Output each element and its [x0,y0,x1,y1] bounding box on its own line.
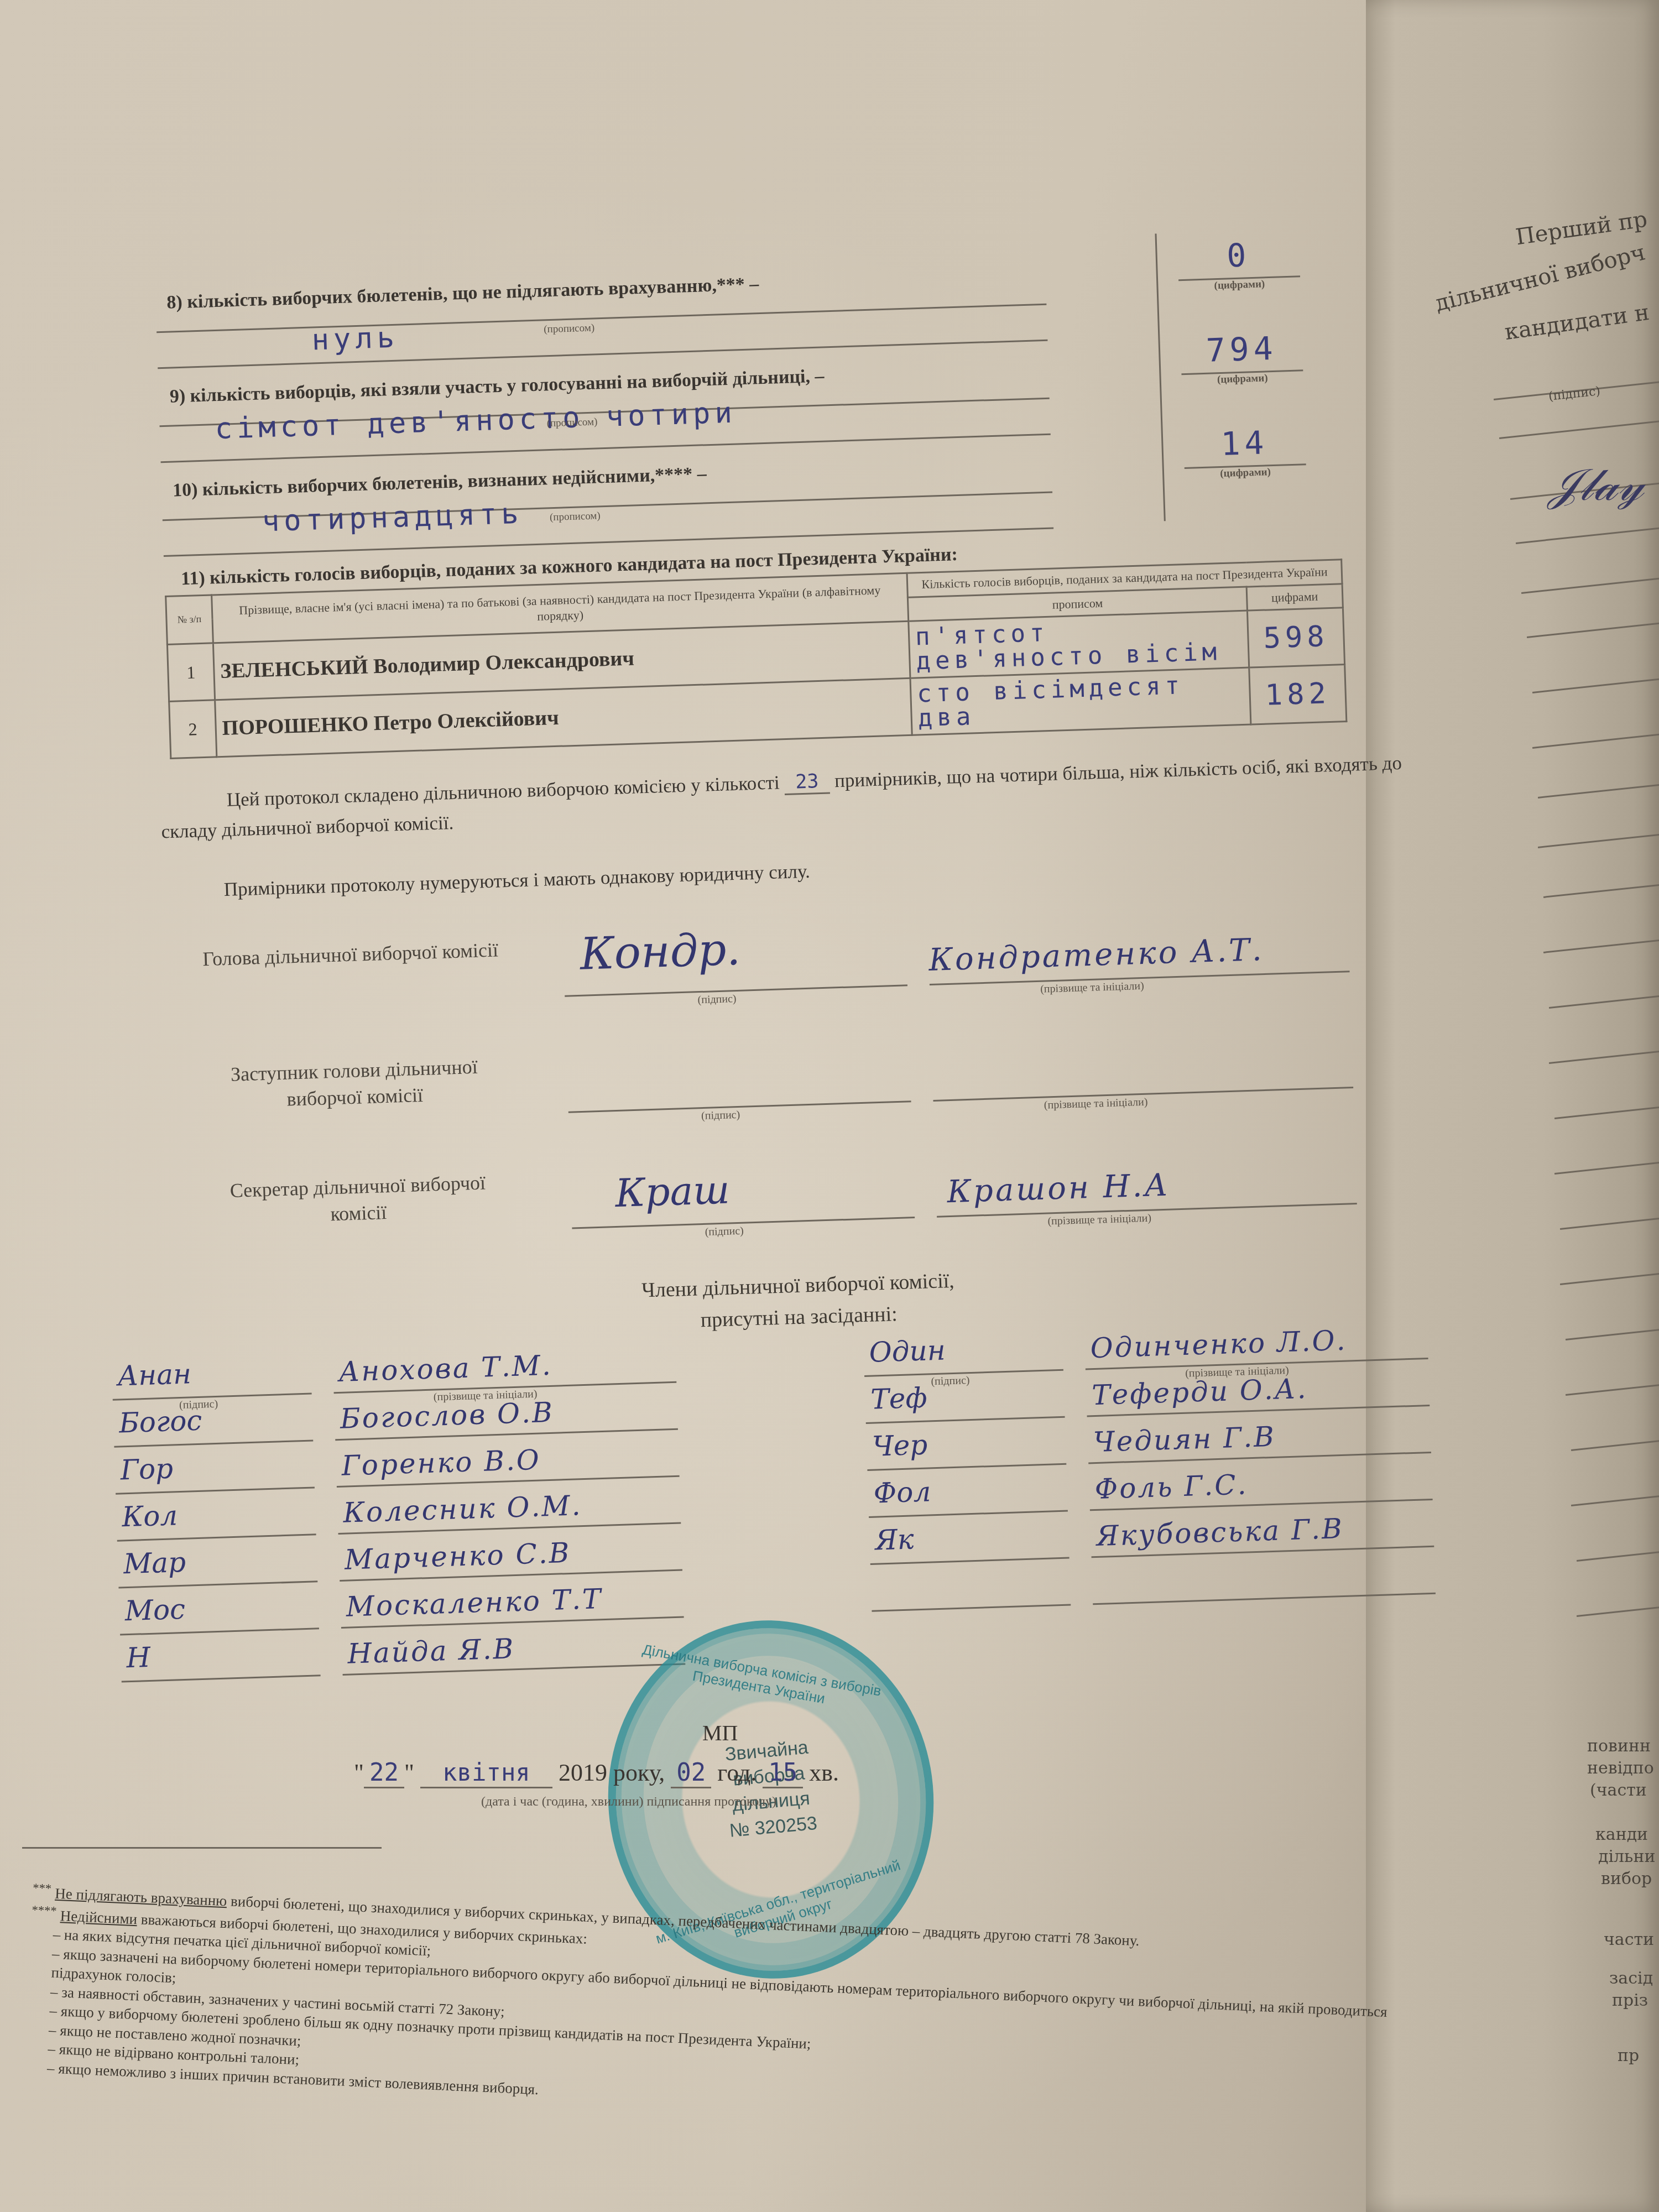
right-page-line [1499,414,1659,439]
member-name: Фоль Г.С. [1094,1468,1248,1505]
right-page-text: (части [1590,1781,1647,1800]
member-name: Якубовська Г.В [1095,1512,1344,1552]
right-page-signature: 𝒥𝓁𝒶𝓎 [1548,459,1644,511]
signature-caption: (підпис) [701,1109,740,1123]
signature-caption: (підпис) [705,1224,744,1238]
right-page-line [1532,669,1659,693]
field-10-label: 10) кількість виборчих бюлетенів, визнан… [173,463,707,501]
right-page-line [1543,928,1659,953]
right-page-line [1554,1150,1659,1175]
right-page-line [1566,1316,1659,1340]
name-caption: (прізвище та ініціали) [1044,1095,1148,1112]
member-signature: Чер [872,1428,928,1462]
official-role: Секретар дільничної виборчої комісії [205,1168,511,1232]
member-signature: Гор [120,1452,174,1486]
field-10-digits: 14 (цифрами) [1183,422,1306,481]
right-page-line [1560,1260,1659,1285]
member-signature: Фол [873,1475,931,1509]
field-label-text: кількість виборчих бюлетенів, що не підл… [187,274,759,312]
copies-text-before: Цей протокол складено дільничною виборчо… [226,772,780,811]
signature-line [869,1510,1068,1517]
member-signature: Кол [122,1499,178,1533]
date-day: 22 [364,1759,404,1788]
member-name: Москаленко Т.Т [346,1583,603,1623]
chair-signature: Кондр. [579,923,741,979]
words-caption: (прописом) [546,416,597,430]
right-page-text: части [1604,1930,1654,1949]
official-role: Заступник голови дільничної виборчої ком… [202,1052,508,1115]
right-page-text: вибор [1601,1869,1652,1888]
footnote-mark: *** [33,1881,52,1895]
member-name: Богослов О.В [340,1396,554,1434]
signature-caption: (підпис) [697,993,737,1006]
field-9-digits-value: 794 [1180,328,1303,371]
right-page-line [1554,1094,1659,1119]
field-10-words-value: чотирнадцять [262,497,523,539]
right-page-text: пр [1618,2046,1639,2065]
right-page-line [1538,774,1659,799]
digits-caption: (цифрами) [1217,372,1268,385]
candidate-given-name: Володимир Олександрович [373,647,635,679]
member-name: Анохова Т.М. [338,1349,552,1387]
candidate-number: 1 [167,643,215,702]
digits-caption: (цифрами) [1220,466,1271,479]
signature-line [870,1557,1070,1564]
field-label-text: кількість виборчих бюлетенів, визнаних н… [202,463,707,500]
words-caption: (прописом) [544,322,594,336]
candidate-surname: ПОРОШЕНКО [222,712,369,740]
right-page-text: дільни [1598,1847,1655,1866]
candidate-votes-words: п'ятсот дев'яносто вісім [909,611,1249,678]
right-page-line [1538,823,1659,848]
member-signature: Один [869,1334,946,1368]
date-hour: 02 [671,1759,711,1788]
right-page-text: невідпо [1587,1759,1654,1778]
right-page-sig-caption: (підпис) [1548,384,1601,404]
field-10-digits-value: 14 [1183,422,1306,465]
signing-date: "22" квітня 2019 року, 02 год. 15 хв. [354,1759,839,1787]
member-name: Колесник О.М. [342,1489,582,1529]
date-minute: 15 [763,1759,803,1788]
indent [160,806,227,808]
field-8-digits-value: 0 [1177,234,1300,277]
member-name: Горенко В.О [341,1443,541,1481]
right-page-line [1577,1537,1659,1562]
right-page-text: засід [1609,1969,1653,1988]
field-number: 8) [166,292,182,313]
right-page-line [1532,724,1659,749]
candidate-given-name: Петро Олексійович [373,706,559,735]
field-8-digits: 0 (цифрами) [1177,234,1301,293]
col-header-number: № з/п [166,595,213,645]
field-9-words-value: сімсот дев'яносто чотири [215,396,737,446]
member-name: Найда Я.В [347,1632,515,1670]
name-caption: (прізвище та ініціали) [1047,1212,1151,1228]
member-signature: Н [126,1641,151,1674]
candidates-table: № з/п Прізвище, власне ім'я (усі власні … [165,559,1347,759]
candidate-votes-words: сто вісімдесят два [910,667,1251,735]
date-year: 2019 року, [559,1759,665,1786]
footnote-separator [22,1847,382,1849]
date-month: квітня [420,1759,552,1788]
candidate-votes-digits: 182 [1249,665,1347,724]
member-signature: Теф [870,1381,928,1415]
candidate-surname: ЗЕЛЕНСЬКИЙ [220,655,369,683]
footnote-mark: **** [32,1903,57,1918]
right-page-line [1566,1371,1659,1396]
right-page-line [1516,519,1659,544]
hour-label: год. [717,1759,757,1786]
member-name: Чедиян Г.В [1093,1420,1276,1458]
stamp-center: Звичайна виборча дільниця № 320253 [611,1725,928,1854]
chair-name: Кондратенко А.Т. [928,932,1265,978]
right-page-line [1543,873,1659,898]
right-page-line [1549,984,1659,1009]
signature-line [872,1604,1071,1611]
words-caption: (прописом) [550,510,601,524]
candidate-number: 2 [169,700,217,759]
seal-label: МП [702,1720,738,1746]
right-page-line [1577,1592,1659,1617]
member-name: Теферди О.А. [1091,1373,1308,1411]
field-8-label: 8) кількість виборчих бюлетенів, що не п… [166,274,759,314]
name-line [1093,1592,1436,1604]
right-page-line [1521,569,1659,594]
secretary-signature: Краш [614,1167,731,1215]
right-page-text: пріз [1612,1991,1648,2010]
member-signature: Богос [118,1404,202,1439]
field-number: 10) [173,479,198,500]
field-8-words-value: нуль [311,321,399,357]
right-page-text: повинн [1587,1736,1651,1756]
member-name: Одинченко Л.О. [1090,1324,1347,1364]
right-page-line [1527,613,1659,638]
member-signature: Як [875,1523,915,1556]
copies-count: 23 [784,770,830,796]
right-page-line [1549,1039,1659,1064]
field-9-digits: 794 (цифрами) [1180,328,1303,387]
right-page-line [1571,1481,1659,1506]
copies-paragraph: Цей протокол складено дільничною виборчо… [160,748,1405,847]
right-page-line [1560,1205,1659,1230]
field-number: 9) [169,386,185,407]
right-page-line [1571,1426,1659,1451]
member-signature: Анан [117,1358,192,1392]
signature-caption: (підпис) [931,1374,970,1388]
col-header-digits: цифрами [1246,583,1343,611]
name-caption: (прізвище та ініціали) [1040,980,1144,996]
footnote-term: Недійсними [60,1907,137,1927]
member-name: Марченко С.В [344,1537,571,1576]
right-page-text: канди [1595,1825,1648,1844]
candidate-votes-digits: 598 [1247,608,1344,667]
digits-caption: (цифрами) [1214,278,1265,291]
secretary-name: Крашон Н.А [947,1167,1171,1210]
member-signature: Мос [124,1593,186,1627]
date-caption: (дата і час (година, хвилини) підписання… [481,1794,776,1809]
signature-line [866,1416,1065,1423]
minute-label: хв. [809,1759,839,1786]
right-page-heading-3: кандидати н [1503,300,1651,345]
signature-line [867,1463,1066,1470]
protocol-page: 8) кількість виборчих бюлетенів, що не п… [144,237,1433,1717]
member-signature: Мар [123,1546,186,1580]
official-role: Голова дільничної виборчої комісії [198,936,503,973]
